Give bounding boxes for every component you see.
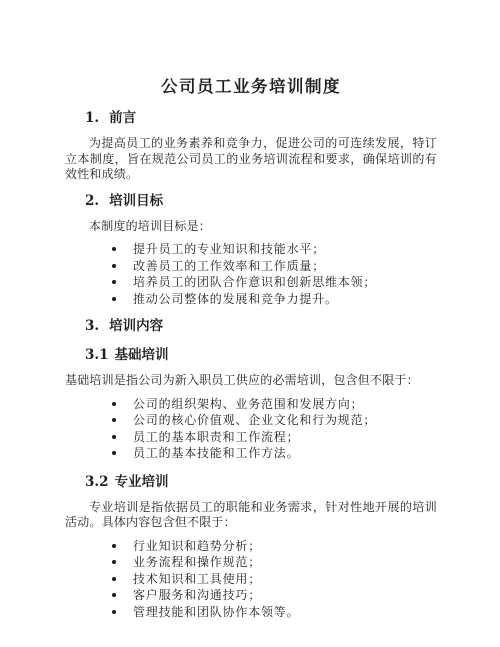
bullet-icon bbox=[112, 297, 116, 301]
subsection-title-text: 专业培训 bbox=[115, 474, 169, 490]
section-heading-goals: 2.培训目标 bbox=[65, 193, 437, 210]
document-title: 公司员工业务培训制度 bbox=[65, 76, 437, 97]
subsection-heading-professional-training: 3.2专业培训 bbox=[65, 474, 437, 491]
list-item-text: 改善员工的工作效率和工作质量； bbox=[133, 258, 325, 275]
section-number: 3. bbox=[85, 318, 99, 335]
paragraph-foreword: 为提高员工的业务素养和竞争力，促进公司的可连续发展，特订立本制度，旨在规范公司员… bbox=[65, 136, 437, 183]
bullet-icon bbox=[112, 577, 116, 581]
subsection-title-text: 基础培训 bbox=[115, 347, 169, 363]
bullet-icon bbox=[112, 280, 116, 284]
list-item-text: 管理技能和团队协作本领等。 bbox=[133, 604, 299, 621]
bullet-icon bbox=[112, 418, 116, 422]
bullet-icon bbox=[112, 402, 116, 406]
list-item: 员工的基本技能和工作方法。 bbox=[112, 445, 437, 462]
section-heading-content: 3.培训内容 bbox=[65, 318, 437, 335]
list-item-text: 公司的核心价值观、企业文化和行为规范； bbox=[133, 412, 376, 429]
section-heading-foreword: 1.前言 bbox=[65, 110, 437, 127]
list-item: 员工的基本职责和工作流程； bbox=[112, 429, 437, 446]
document-page: 公司员工业务培训制度 1.前言 为提高员工的业务素养和竞争力，促进公司的可连续发… bbox=[0, 0, 500, 647]
section-number: 1. bbox=[85, 110, 99, 127]
list-item: 提升员工的专业知识和技能水平； bbox=[112, 241, 437, 258]
section-title-text: 培训内容 bbox=[109, 318, 163, 334]
bullet-icon bbox=[112, 264, 116, 268]
list-item: 改善员工的工作效率和工作质量； bbox=[112, 258, 437, 275]
paragraph-professional-training-intro: 专业培训是指依据员工的职能和业务需求，针对性地开展的培训活动。具体内容包含但不限… bbox=[65, 500, 437, 531]
list-item-text: 客户服务和沟通技巧； bbox=[133, 587, 261, 604]
list-item-text: 员工的基本职责和工作流程； bbox=[133, 429, 299, 446]
list-item: 管理技能和团队协作本领等。 bbox=[112, 604, 437, 621]
list-item-text: 技术知识和工具使用； bbox=[133, 571, 261, 588]
bullet-list-goals: 提升员工的专业知识和技能水平； 改善员工的工作效率和工作质量； 培养员工的团队合… bbox=[65, 241, 437, 307]
bullet-icon bbox=[112, 544, 116, 548]
bullet-icon bbox=[112, 610, 116, 614]
list-item-text: 提升员工的专业知识和技能水平； bbox=[133, 241, 325, 258]
list-item: 公司的组织架构、业务范围和发展方向； bbox=[112, 396, 437, 413]
bullet-icon bbox=[112, 560, 116, 564]
list-item: 推动公司整体的发展和竞争力提升。 bbox=[112, 291, 437, 308]
list-item-text: 员工的基本技能和工作方法。 bbox=[133, 445, 299, 462]
subsection-heading-basic-training: 3.1基础培训 bbox=[65, 347, 437, 364]
list-item: 公司的核心价值观、企业文化和行为规范； bbox=[112, 412, 437, 429]
bullet-icon bbox=[112, 435, 116, 439]
list-item: 业务流程和操作规范； bbox=[112, 554, 437, 571]
list-item-text: 推动公司整体的发展和竞争力提升。 bbox=[133, 291, 338, 308]
section-title-text: 前言 bbox=[109, 110, 136, 126]
bullet-icon bbox=[112, 593, 116, 597]
bullet-list-professional-training: 行业知识和趋势分析； 业务流程和操作规范； 技术知识和工具使用； 客户服务和沟通… bbox=[65, 538, 437, 621]
section-title-text: 培训目标 bbox=[109, 193, 163, 209]
list-item-text: 公司的组织架构、业务范围和发展方向； bbox=[133, 396, 363, 413]
section-number: 2. bbox=[85, 193, 99, 210]
bullet-icon bbox=[112, 247, 116, 251]
list-item-text: 行业知识和趋势分析； bbox=[133, 538, 261, 555]
subsection-number: 3.2 bbox=[85, 474, 109, 491]
list-item: 行业知识和趋势分析； bbox=[112, 538, 437, 555]
list-item-text: 业务流程和操作规范； bbox=[133, 554, 261, 571]
list-item-text: 培养员工的团队合作意识和创新思维本领； bbox=[133, 274, 376, 291]
bullet-icon bbox=[112, 451, 116, 455]
paragraph-goals-intro: 本制度的培训目标是： bbox=[65, 219, 437, 235]
list-item: 技术知识和工具使用； bbox=[112, 571, 437, 588]
paragraph-basic-training-intro: 基础培训是指公司为新入职员工供应的必需培训，包含但不限于： bbox=[65, 373, 437, 389]
bullet-list-basic-training: 公司的组织架构、业务范围和发展方向； 公司的核心价值观、企业文化和行为规范； 员… bbox=[65, 396, 437, 462]
list-item: 客户服务和沟通技巧； bbox=[112, 587, 437, 604]
list-item: 培养员工的团队合作意识和创新思维本领； bbox=[112, 274, 437, 291]
subsection-number: 3.1 bbox=[85, 347, 109, 364]
